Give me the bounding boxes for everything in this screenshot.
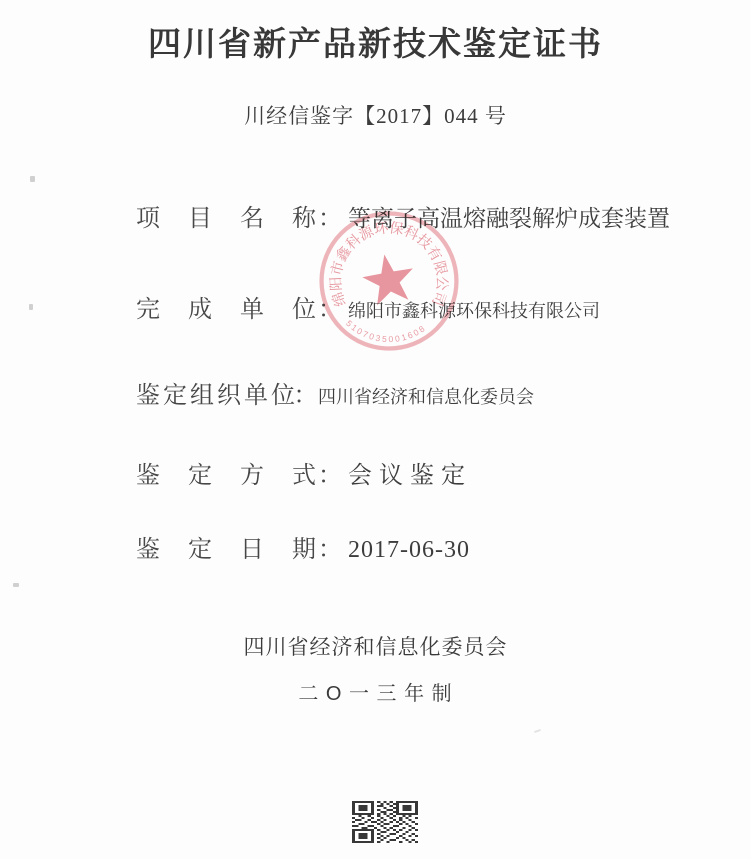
issuer-line: 四川省经济和信息化委员会	[0, 631, 751, 661]
qr-code	[352, 801, 418, 843]
field-value: 2017-06-30	[348, 537, 470, 563]
field-label: 鉴 定 日 期：	[136, 537, 344, 563]
edition-line: 二 O 一 三 年 制	[0, 677, 751, 706]
certificate-page: 四川省新产品新技术鉴定证书 川经信鉴字【2017】044 号 项 目 名 称：等…	[0, 0, 751, 859]
certificate-title: 四川省新产品新技术鉴定证书	[0, 24, 751, 64]
field-label: 项 目 名 称：	[136, 206, 344, 232]
scan-artifact	[13, 583, 19, 587]
scan-artifact	[29, 304, 33, 310]
field-row-appraisal-date: 鉴 定 日 期：2017-06-30	[112, 502, 470, 598]
field-label: 鉴 定 方 式：	[136, 463, 344, 489]
field-value: 会议鉴定	[348, 463, 472, 489]
field-value: 四川省经济和信息化委员会	[318, 387, 534, 407]
seal-star-icon	[362, 254, 413, 305]
scan-artifact	[30, 176, 35, 182]
field-label: 鉴 定 组 织 单 位：	[136, 383, 316, 409]
scan-artifact	[534, 729, 541, 733]
field-label: 完 成 单 位：	[136, 297, 344, 323]
company-seal: 绵阳市鑫科源环保科技有限公司 5107035001608	[318, 210, 460, 352]
document-number: 川经信鉴字【2017】044 号	[0, 100, 751, 130]
